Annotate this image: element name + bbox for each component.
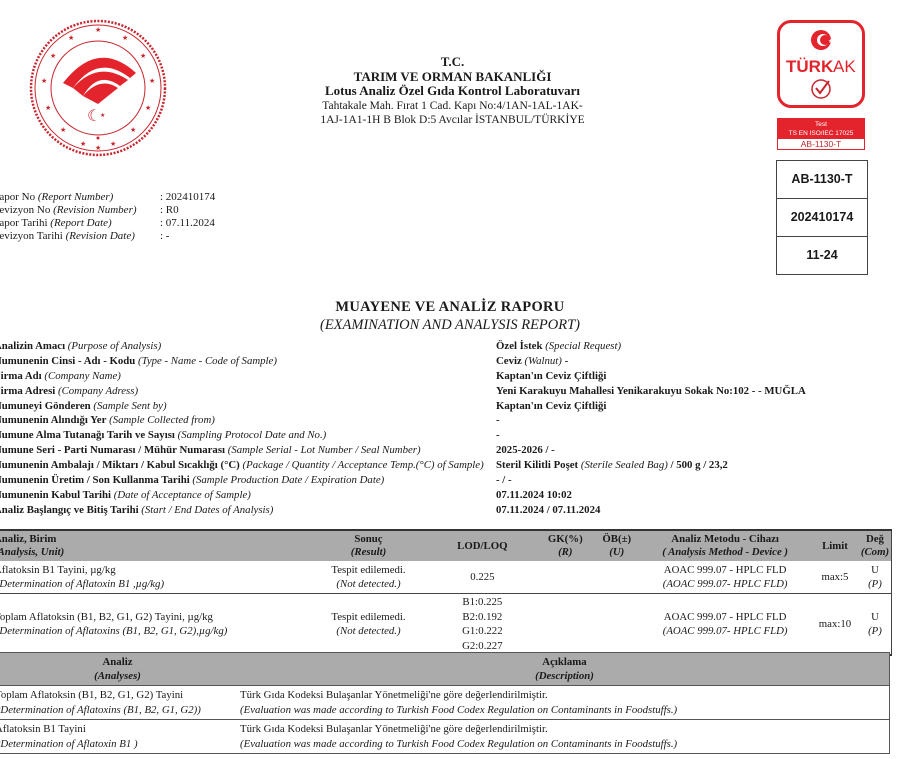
lab-address-line1: Tahtakale Mah. Fırat 1 Cad. Kapı No:4/1A…: [300, 99, 605, 114]
svg-text:★: ★: [45, 104, 51, 112]
info-row: Analizin Amacı (Purpose of Analysis)Özel…: [0, 340, 894, 355]
info-value: -: [496, 429, 500, 441]
meta-label: Rapor Tarihi (Report Date): [0, 217, 160, 230]
svg-text:TÜRK: TÜRK: [786, 57, 834, 76]
svg-text:★: ★: [95, 144, 101, 152]
col-limit: Limit: [811, 530, 859, 561]
report-title-en: (EXAMINATION AND ANALYSIS REPORT): [200, 317, 700, 334]
info-row: Numune Seri - Parti Numarası / Mühür Num…: [0, 444, 894, 459]
result-evaluation: U(P): [859, 594, 892, 656]
svg-text:★: ★: [68, 34, 74, 42]
info-row: Numunenin Alındığı Yer (Sample Collected…: [0, 414, 894, 429]
svg-text:★: ★: [50, 52, 56, 60]
description-text: Türk Gıda Kodeksi Bulaşanlar Yönetmeliği…: [240, 720, 890, 754]
strip-test-label: Test: [777, 120, 865, 129]
info-value: Kaptan'ın Ceviz Çiftliği: [496, 400, 606, 412]
svg-text:★: ★: [122, 34, 128, 42]
meta-value: : -: [160, 230, 169, 243]
result-analysis: Aflatoksin B1 Tayini, µg/kg*Determinatio…: [0, 561, 309, 594]
info-label: Numunenin Cinsi - Adı - Kodu (Type - Nam…: [0, 355, 277, 367]
description-row: Toplam Aflatoksin (B1, B2, G1, G2) Tayin…: [0, 686, 890, 720]
col-analysis: Analiz, Birim(Analysis, Unit): [0, 530, 309, 561]
accreditation-code: AB-1130-T: [777, 138, 865, 150]
info-value: Özel İstek (Special Request): [496, 340, 621, 352]
svg-text:★: ★: [828, 38, 833, 45]
info-value: Ceviz (Walnut) -: [496, 355, 568, 367]
info-label: Analizin Amacı (Purpose of Analysis): [0, 340, 161, 352]
info-label: Numunenin Üretim / Son Kullanma Tarihi (…: [0, 474, 384, 486]
info-label: Numune Alma Tutanağı Tarih ve Sayısı (Sa…: [0, 429, 326, 441]
info-label: Numunenin Alındığı Yer (Sample Collected…: [0, 414, 215, 426]
report-title: MUAYENE VE ANALİZ RAPORU (EXAMINATION AN…: [200, 299, 700, 334]
info-label: Firma Adresi (Company Adress): [0, 385, 138, 397]
meta-value: : 202410174: [160, 191, 215, 204]
col-gk: GK(%)(R): [536, 530, 594, 561]
ministry-seal-logo: ★★★ ★★ ★★ ★★ ★★ ★★★ ☾ ★: [28, 18, 168, 158]
info-label: Numunenin Ambalajı / Miktarı / Kabul Sıc…: [0, 459, 484, 471]
ministry-name: TARIM VE ORMAN BAKANLIĞI: [300, 70, 605, 85]
report-id-box: AB-1130-T 202410174 11-24: [776, 160, 868, 275]
svg-text:★: ★: [95, 26, 101, 34]
col-method: Analiz Metodu - Cihazı( Analysis Method …: [639, 530, 811, 561]
description-row: Aflatoksin B1 Tayini*Determination of Af…: [0, 720, 890, 754]
info-label: Numune Seri - Parti Numarası / Mühür Num…: [0, 444, 421, 456]
info-row: Numunenin Kabul Tarihi (Date of Acceptan…: [0, 489, 894, 504]
meta-row: Revizyon No (Revision Number): R0: [0, 204, 215, 217]
result-row: Aflatoksin B1 Tayini, µg/kg*Determinatio…: [0, 561, 892, 594]
info-row: Numunenin Ambalajı / Miktarı / Kabul Sıc…: [0, 459, 894, 474]
svg-text:★: ★: [140, 52, 146, 60]
col-desc-analysis: Analiz(Analyses): [0, 653, 240, 686]
result-analysis: Toplam Aflatoksin (B1, B2, G1, G2) Tayin…: [0, 594, 309, 656]
sample-info: Analizin Amacı (Purpose of Analysis)Özel…: [0, 340, 894, 519]
report-meta: Rapor No (Report Number): 202410174Reviz…: [0, 191, 215, 243]
result-ob: [594, 561, 639, 594]
id-box-report-number: 202410174: [777, 199, 867, 237]
description-analysis: Toplam Aflatoksin (B1, B2, G1, G2) Tayin…: [0, 686, 240, 720]
info-value: -: [496, 414, 500, 426]
meta-label: Rapor No (Report Number): [0, 191, 160, 204]
result-value: Tespit edilemedi.(Not detected.): [309, 594, 429, 656]
meta-row: Rapor No (Report Number): 202410174: [0, 191, 215, 204]
lab-header: T.C. TARIM VE ORMAN BAKANLIĞI Lotus Anal…: [300, 55, 605, 128]
info-row: Numuneyi Gönderen (Sample Sent by)Kaptan…: [0, 400, 894, 415]
description-analysis: Aflatoksin B1 Tayini*Determination of Af…: [0, 720, 240, 754]
info-value: 07.11.2024 10:02: [496, 489, 572, 501]
result-limit: max:10: [811, 594, 859, 656]
header-line1: T.C.: [300, 55, 605, 70]
result-evaluation: U(P): [859, 561, 892, 594]
meta-label: Revizyon No (Revision Number): [0, 204, 160, 217]
report-title-tr: MUAYENE VE ANALİZ RAPORU: [200, 299, 700, 316]
meta-value: : 07.11.2024: [160, 217, 215, 230]
meta-row: Rapor Tarihi (Report Date): 07.11.2024: [0, 217, 215, 230]
id-box-period: 11-24: [777, 237, 867, 274]
accreditation-standard-strip: Test TS EN ISO/IEC 17025: [777, 118, 865, 139]
info-value: Kaptan'ın Ceviz Çiftliği: [496, 370, 606, 382]
meta-value: : R0: [160, 204, 179, 217]
info-row: Analiz Başlangıç ve Bitiş Tarihi (Start …: [0, 504, 894, 519]
strip-standard-label: TS EN ISO/IEC 17025: [777, 129, 865, 138]
info-value: Steril Kilitli Poşet (Sterile Sealed Bag…: [496, 459, 728, 471]
info-value: 07.11.2024 / 07.11.2024: [496, 504, 600, 516]
svg-text:★: ★: [110, 140, 116, 148]
result-method: AOAC 999.07 - HPLC FLD(AOAC 999.07- HPLC…: [639, 561, 811, 594]
result-limit: max:5: [811, 561, 859, 594]
meta-row: Revizyon Tarihi (Revision Date): -: [0, 230, 215, 243]
info-label: Numuneyi Gönderen (Sample Sent by): [0, 400, 167, 412]
info-label: Numunenin Kabul Tarihi (Date of Acceptan…: [0, 489, 251, 501]
result-ob: [594, 594, 639, 656]
description-table: Analiz(Analyses) Açıklama(Description) T…: [0, 652, 890, 754]
info-row: Numunenin Cinsi - Adı - Kodu (Type - Nam…: [0, 355, 894, 370]
info-row: Numunenin Üretim / Son Kullanma Tarihi (…: [0, 474, 894, 489]
info-value: - / -: [496, 474, 512, 486]
svg-text:AK: AK: [833, 57, 856, 76]
result-lod: 0.225: [428, 561, 536, 594]
svg-text:★: ★: [80, 140, 86, 148]
info-value: 2025-2026 / -: [496, 444, 555, 456]
svg-text:★: ★: [60, 126, 66, 134]
svg-text:★: ★: [130, 126, 136, 134]
col-lod: LOD/LOQ: [428, 530, 536, 561]
col-description: Açıklama(Description): [240, 653, 890, 686]
result-lod: B1:0.225B2:0.192G1:0.222G2:0.227: [428, 594, 536, 656]
info-value: Yeni Karakuyu Mahallesi Yenikarakuyu Sok…: [496, 385, 806, 397]
results-table: Analiz, Birim(Analysis, Unit) Sonuç(Resu…: [0, 529, 892, 656]
svg-text:★: ★: [100, 112, 105, 119]
svg-text:★: ★: [149, 77, 155, 85]
svg-text:★: ★: [41, 77, 47, 85]
result-row: Toplam Aflatoksin (B1, B2, G1, G2) Tayin…: [0, 594, 892, 656]
result-gk: [536, 594, 594, 656]
col-result: Sonuç(Result): [309, 530, 429, 561]
result-method: AOAC 999.07 - HPLC FLD(AOAC 999.07- HPLC…: [639, 594, 811, 656]
col-ob: ÖB(±)(U): [594, 530, 639, 561]
info-row: Numune Alma Tutanağı Tarih ve Sayısı (Sa…: [0, 429, 894, 444]
lab-name: Lotus Analiz Özel Gıda Kontrol Laboratuv…: [300, 84, 605, 99]
turkak-accreditation-logo: ★ TÜRK AK: [777, 20, 865, 108]
meta-label: Revizyon Tarihi (Revision Date): [0, 230, 160, 243]
result-gk: [536, 561, 594, 594]
lab-address-line2: 1AJ-1A1-1H B Blok D:5 Avcılar İSTANBUL/T…: [300, 113, 605, 128]
info-row: Firma Adresi (Company Adress)Yeni Karaku…: [0, 385, 894, 400]
svg-text:★: ★: [145, 104, 151, 112]
info-label: Analiz Başlangıç ve Bitiş Tarihi (Start …: [0, 504, 273, 516]
info-label: Firma Adı (Company Name): [0, 370, 121, 382]
id-box-accreditation: AB-1130-T: [777, 161, 867, 199]
col-evaluation: Değ(Com): [859, 530, 892, 561]
turkak-emblem-icon: ★ TÜRK AK: [780, 23, 862, 105]
info-row: Firma Adı (Company Name)Kaptan'ın Ceviz …: [0, 370, 894, 385]
description-text: Türk Gıda Kodeksi Bulaşanlar Yönetmeliği…: [240, 686, 890, 720]
result-value: Tespit edilemedi.(Not detected.): [309, 561, 429, 594]
